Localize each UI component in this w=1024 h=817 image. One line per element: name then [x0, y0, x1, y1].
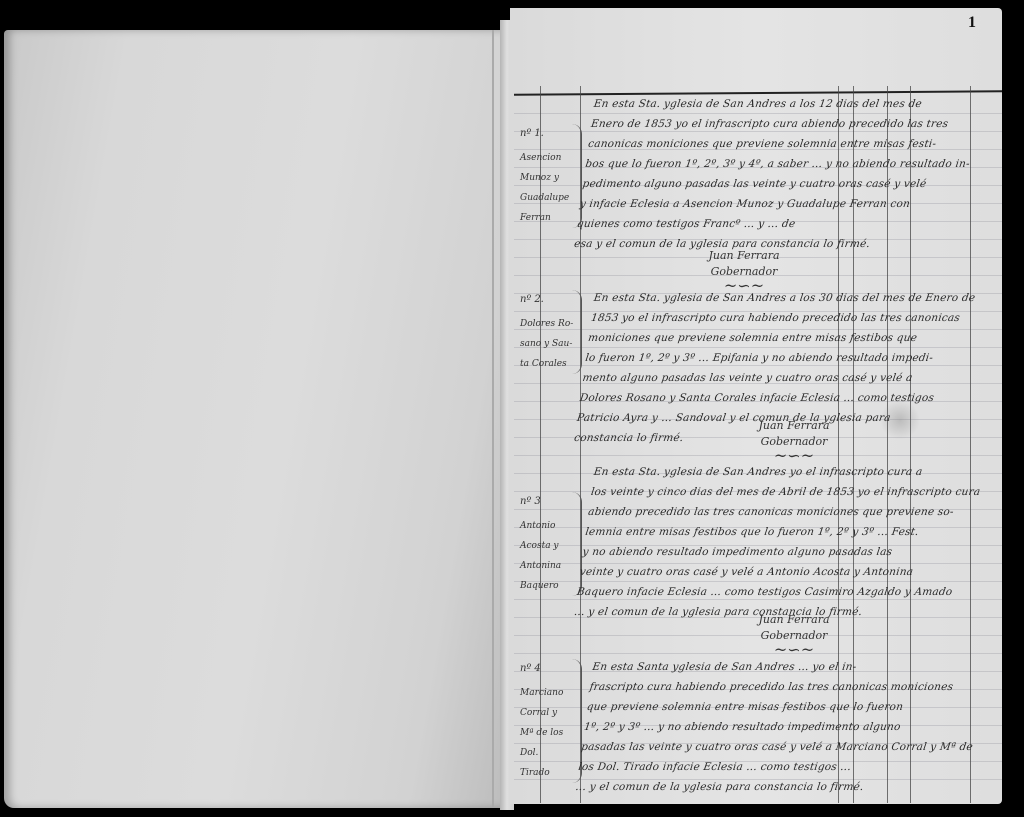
entry-line: abiendo precedido las tres canonicas mon…	[587, 502, 1000, 522]
entry-margin-note: nº 1. Asencion Munoz y Guadalupe Ferran	[520, 124, 582, 228]
entry-number: nº 2.	[520, 290, 578, 310]
entry-number: nº 1.	[520, 124, 578, 144]
entry-line: y no abiendo resultado impedimento algun…	[581, 542, 994, 562]
entry-line: Enero de 1853 yo el infrascripto cura ab…	[590, 114, 1003, 134]
margin-name: Antonina	[520, 556, 578, 576]
entry-line: lemnia entre misas festibos que lo fuero…	[584, 522, 997, 542]
margin-name: Corral y	[520, 703, 578, 723]
entry-line: pedimento alguno pasadas las veinte y cu…	[581, 174, 994, 194]
entry-line: pasadas las veinte y cuatro oras casé y …	[580, 737, 993, 757]
entry-line: moniciones que previene solemnia entre m…	[587, 328, 1000, 348]
entry-line: quienes como testigos Francº ... y ... d…	[576, 214, 989, 234]
margin-name: Munoz y	[520, 168, 578, 188]
entry-line: Dolores Rosano y Santa Corales infacie E…	[578, 388, 991, 408]
entry-text: En esta Sta. yglesia de San Andres yo el…	[573, 462, 1005, 622]
entry-line: que previene solemnia entre misas festib…	[585, 697, 998, 717]
margin-name: Guadalupe	[520, 188, 578, 208]
entry-number: nº 4	[520, 659, 578, 679]
entry-text: En esta Santa yglesia de San Andres ... …	[574, 657, 1004, 797]
margin-name: Marciano	[520, 683, 578, 703]
entry-margin-note: nº 2. Dolores Ro- sano y Sau- ta Corales	[520, 290, 582, 374]
margin-name: sano y Sau-	[520, 334, 578, 354]
entry-line: 1º, 2º y 3º ... y no abiendo resultado i…	[583, 717, 996, 737]
entry-line: bos que lo fueron 1º, 2º, 3º y 4º, a sab…	[584, 154, 997, 174]
entry-line: mento alguno pasadas las veinte y cuatro…	[581, 368, 994, 388]
margin-name: Asencion	[520, 148, 578, 168]
entry-number: nº 3	[520, 492, 578, 512]
margin-name: Tirado	[520, 763, 578, 783]
left-blank-page	[4, 30, 502, 808]
margin-name: Ferran	[520, 208, 578, 228]
entry-margin-note: nº 4 Marciano Corral y Mª de los Dol. Ti…	[520, 659, 582, 783]
priest-signature: Juan Ferrara Gobernador ~∽~	[724, 418, 864, 462]
margin-name: Mª de los Dol.	[520, 723, 578, 763]
priest-signature: Juan Ferrara Gobernador ~∽~	[724, 612, 864, 656]
signature-flourish-icon: ~∽~	[724, 450, 864, 462]
page-number: 1	[968, 14, 976, 32]
entry-line: 1853 yo el infrascripto cura habiendo pr…	[590, 308, 1003, 328]
entry-line: En esta Santa yglesia de San Andres ... …	[591, 657, 1004, 677]
entry-line: lo fueron 1º, 2º y 3º ... Epifania y no …	[584, 348, 997, 368]
margin-name: Baquero	[520, 576, 578, 596]
margin-name: Antonio	[520, 516, 578, 536]
margin-name: Dolores Ro-	[520, 314, 578, 334]
margin-name: Acosta y	[520, 536, 578, 556]
entry-line: En esta Sta. yglesia de San Andres a los…	[592, 288, 1005, 308]
entry-line: Baquero infacie Eclesia ... como testigo…	[576, 582, 989, 602]
signature-flourish-icon: ~∽~	[724, 644, 864, 656]
entry-line: frascripto cura habiendo precedido las t…	[588, 677, 1001, 697]
entry-text: En esta Sta. yglesia de San Andres a los…	[573, 94, 1005, 254]
entry-line: En esta Sta. yglesia de San Andres yo el…	[592, 462, 1005, 482]
entry-line: canonicas moniciones que previene solemn…	[587, 134, 1000, 154]
margin-name: ta Corales	[520, 354, 578, 374]
entry-line: ... y el comun de la yglesia para consta…	[574, 777, 987, 797]
entry-line: los Dol. Tirado infacie Eclesia ... como…	[577, 757, 990, 777]
entry-line: En esta Sta. yglesia de San Andres a los…	[592, 94, 1005, 114]
entry-margin-note: nº 3 Antonio Acosta y Antonina Baquero	[520, 492, 582, 596]
priest-signature: Juan Ferrara Gobernador ~∽~	[674, 248, 814, 292]
entry-line: y infacie Eclesia a Asencion Munoz y Gua…	[578, 194, 991, 214]
entry-line: veinte y cuatro oras casé y velé a Anton…	[578, 562, 991, 582]
entry-line: los veinte y cinco dias del mes de Abril…	[590, 482, 1003, 502]
